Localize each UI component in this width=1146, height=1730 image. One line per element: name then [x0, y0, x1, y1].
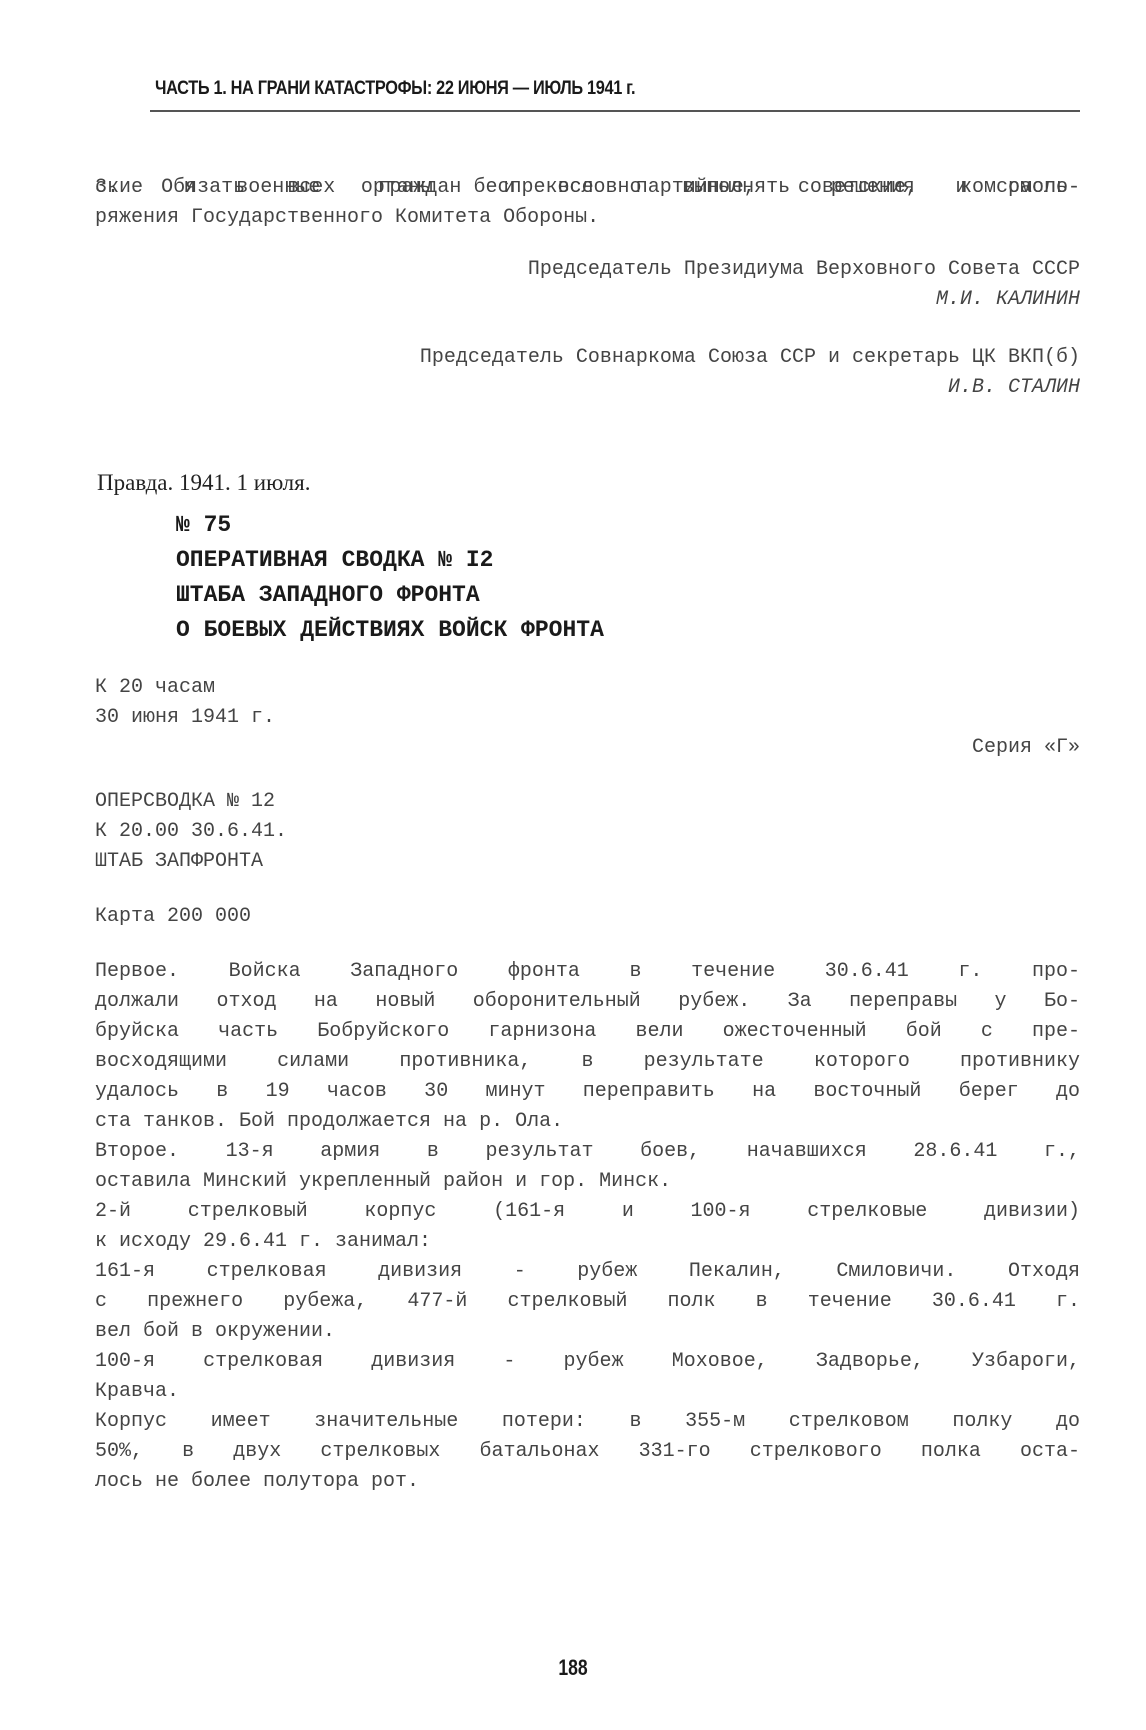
- series-label: Серия «Г»: [95, 733, 1080, 763]
- running-head: ЧАСТЬ 1. НА ГРАНИ КАТАСТРОФЫ: 22 ИЮНЯ — …: [155, 78, 946, 100]
- text-line: 2-й стрелковый корпус (161-я и 100-я стр…: [95, 1197, 1080, 1227]
- report-header-line: К 20.00 30.6.41.: [95, 817, 1080, 847]
- text-line-content: должали отход на новый оборонительный ру…: [95, 987, 1080, 1017]
- text-line: 161-я стрелковая дивизия - рубеж Пекалин…: [95, 1257, 1080, 1287]
- text-line: должали отход на новый оборонительный ру…: [95, 987, 1080, 1017]
- decree-point-3: 3. Обязать всех граждан и все партийные,…: [95, 143, 1080, 233]
- text-line-content: 161-я стрелковая дивизия - рубеж Пекалин…: [95, 1257, 1080, 1287]
- text-line: 50%, в двух стрелковых батальонах 331-го…: [95, 1437, 1080, 1467]
- text-line: ряжения Государственного Комитета Оборон…: [95, 203, 1080, 233]
- signature-name: М.И. КАЛИНИН: [95, 285, 1080, 315]
- text-line-content: к исходу 29.6.41 г. занимал:: [95, 1227, 1080, 1257]
- text-line: Первое. Войска Западного фронта в течени…: [95, 957, 1080, 987]
- source-citation: Правда. 1941. 1 июля.: [97, 470, 311, 496]
- text-line-content: бруйска часть Бобруйского гарнизона вели…: [95, 1017, 1080, 1047]
- report-header-line: ШТАБ ЗАПФРОНТА: [95, 847, 1080, 877]
- report-body: Первое. Войска Западного фронта в течени…: [95, 957, 1080, 1497]
- text-line-content: 2-й стрелковый корпус (161-я и 100-я стр…: [95, 1197, 1080, 1227]
- text-line-content: оставила Минский укрепленный район и гор…: [95, 1167, 1080, 1197]
- text-line-content: Корпус имеет значительные потери: в 355-…: [95, 1407, 1080, 1437]
- document-title-line: ОПЕРАТИВНАЯ СВОДКА № I2: [176, 543, 604, 578]
- text-line: удалось в 19 часов 30 минут переправить …: [95, 1077, 1080, 1107]
- text-line: с прежнего рубежа, 477-й стрелковый полк…: [95, 1287, 1080, 1317]
- text-line: оставила Минский укрепленный район и гор…: [95, 1167, 1080, 1197]
- document-number: № 75: [176, 508, 604, 543]
- dateline: К 20 часам 30 июня 1941 г. Серия «Г»: [95, 673, 1080, 763]
- document-title-line: ШТАБА ЗАПАДНОГО ФРОНТА: [176, 578, 604, 613]
- text-line: бруйска часть Бобруйского гарнизона вели…: [95, 1017, 1080, 1047]
- text-line-content: вел бой в окружении.: [95, 1317, 1080, 1347]
- signature-title: Председатель Совнаркома Союза ССР и секр…: [95, 343, 1080, 373]
- text-line-content: лось не более полутора рот.: [95, 1467, 1080, 1497]
- report-header-line: ОПЕРСВОДКА № 12: [95, 787, 1080, 817]
- dateline-time: К 20 часам: [95, 673, 1080, 703]
- text-line-content: Второе. 13-я армия в результат боев, нач…: [95, 1137, 1080, 1167]
- signature-name: И.В. СТАЛИН: [95, 373, 1080, 403]
- report-header-block: ОПЕРСВОДКА № 12 К 20.00 30.6.41. ШТАБ ЗА…: [95, 787, 1080, 877]
- text-line: Корпус имеет значительные потери: в 355-…: [95, 1407, 1080, 1437]
- text-line-content: Первое. Войска Западного фронта в течени…: [95, 957, 1080, 987]
- dateline-date: 30 июня 1941 г.: [95, 703, 1080, 733]
- signature-kalinin: Председатель Президиума Верховного Совет…: [95, 255, 1080, 315]
- text-line-content: с прежнего рубежа, 477-й стрелковый полк…: [95, 1287, 1080, 1317]
- text-line-content: 50%, в двух стрелковых батальонах 331-го…: [95, 1437, 1080, 1467]
- header-rule: [150, 110, 1080, 112]
- map-reference: Карта 200 000: [95, 902, 1080, 932]
- text-line: вел бой в окружении.: [95, 1317, 1080, 1347]
- document-title-line: О БОЕВЫХ ДЕЙСТВИЯХ ВОЙСК ФРОНТА: [176, 613, 604, 648]
- text-line: ские и военные органы беспрекословно вып…: [95, 173, 1080, 203]
- text-line: Кравча.: [95, 1377, 1080, 1407]
- page-number: 188: [115, 1655, 1032, 1681]
- signature-stalin: Председатель Совнаркома Союза ССР и секр…: [95, 343, 1080, 403]
- text-line-content: восходящими силами противника, в результ…: [95, 1047, 1080, 1077]
- signature-title: Председатель Президиума Верховного Совет…: [95, 255, 1080, 285]
- text-line: 100-я стрелковая дивизия - рубеж Моховое…: [95, 1347, 1080, 1377]
- document-heading: № 75 ОПЕРАТИВНАЯ СВОДКА № I2 ШТАБА ЗАПАД…: [176, 508, 604, 648]
- text-line: к исходу 29.6.41 г. занимал:: [95, 1227, 1080, 1257]
- text-line-content: ста танков. Бой продолжается на р. Ола.: [95, 1107, 1080, 1137]
- text-line-content: 100-я стрелковая дивизия - рубеж Моховое…: [95, 1347, 1080, 1377]
- text-line: 3. Обязать всех граждан и все партийные,…: [95, 143, 1080, 173]
- text-line: Второе. 13-я армия в результат боев, нач…: [95, 1137, 1080, 1167]
- text-line-content: удалось в 19 часов 30 минут переправить …: [95, 1077, 1080, 1107]
- text-line-content: Кравча.: [95, 1377, 1080, 1407]
- map-label: Карта 200 000: [95, 902, 1080, 932]
- text-line: ста танков. Бой продолжается на р. Ола.: [95, 1107, 1080, 1137]
- text-line-content: ские и военные органы беспрекословно вып…: [95, 173, 1080, 203]
- text-line: лось не более полутора рот.: [95, 1467, 1080, 1497]
- text-line: восходящими силами противника, в результ…: [95, 1047, 1080, 1077]
